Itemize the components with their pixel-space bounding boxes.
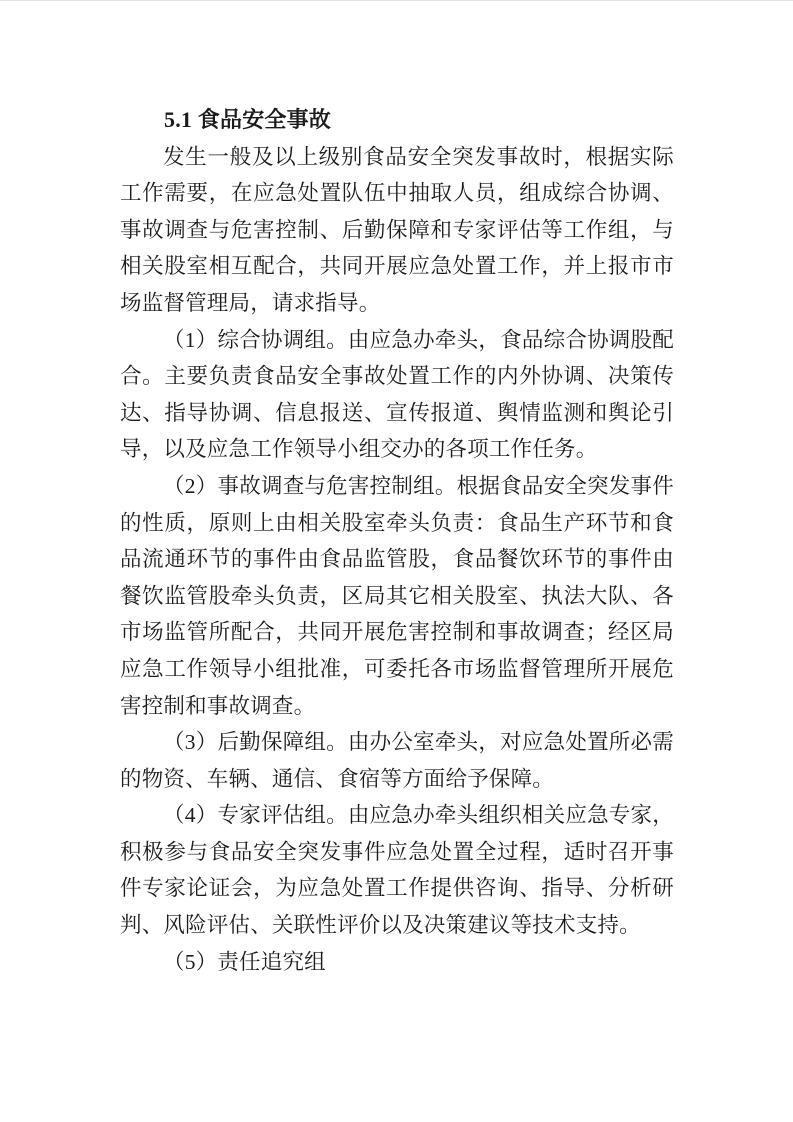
paragraph-item-2-investigation-group: （2）事故调查与危害控制组。根据食品安全突发事件的性质，原则上由相关股室牵头负责… — [120, 468, 674, 724]
paragraph-item-5-accountability-group: （5）责任追究组 — [120, 944, 674, 981]
section-heading: 5.1 食品安全事故 — [120, 102, 674, 139]
paragraph-item-3-logistics-group: （3）后勤保障组。由办公室牵头，对应急处置所必需的物资、车辆、通信、食宿等方面给… — [120, 724, 674, 797]
document-body: 5.1 食品安全事故 发生一般及以上级别食品安全突发事故时，根据实际工作需要，在… — [120, 102, 674, 980]
paragraph-item-4-expert-group: （4）专家评估组。由应急办牵头组织相关应急专家，积极参与食品安全突发事件应急处置… — [120, 797, 674, 943]
document-page: 5.1 食品安全事故 发生一般及以上级别食品安全突发事故时，根据实际工作需要，在… — [0, 0, 793, 1122]
paragraph-intro: 发生一般及以上级别食品安全突发事故时，根据实际工作需要，在应急处置队伍中抽取人员… — [120, 139, 674, 322]
paragraph-item-1-coordination-group: （1）综合协调组。由应急办牵头，食品综合协调股配合。主要负责食品安全事故处置工作… — [120, 322, 674, 468]
